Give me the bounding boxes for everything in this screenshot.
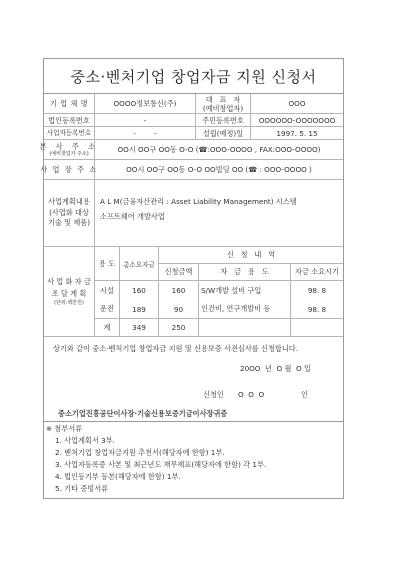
company-name-value: OOOO정보통신(주) bbox=[95, 94, 196, 113]
biz-reg-label: 사업자등록번호 bbox=[44, 127, 95, 139]
header-application: 신 청 내 역 bbox=[159, 247, 343, 264]
attachment-item: 5. 기타 증빙서류 bbox=[55, 484, 108, 494]
funding-label-unit: (단위:백만원) bbox=[54, 299, 84, 307]
funding-label-line2: 조 달 계 획 bbox=[52, 288, 87, 300]
attachment-item: 1. 사업계획서 3부. bbox=[55, 436, 115, 446]
declaration-section: 상기와 같이 중소·벤처기업 창업자금 지원 및 신용보증 사전심사를 신청합니… bbox=[44, 337, 343, 422]
row1-use: 시설 bbox=[95, 281, 120, 300]
funding-plan-section: 사 업 화 자 금 조 달 계 획 (단위:백만원) 용 도 총소요자금 신 청… bbox=[44, 247, 343, 337]
business-plan-line1: A L M(금융자산관리 : Asset Liability Managemen… bbox=[100, 194, 297, 209]
row2-amount: 90 bbox=[159, 300, 199, 319]
declaration-statement: 상기와 같이 중소·벤처기업 창업자금 지원 및 신용보증 사전심사를 신청합니… bbox=[53, 344, 298, 354]
founded-label: 설립(예정)일 bbox=[196, 127, 251, 139]
funding-label-line1: 사 업 화 자 금 bbox=[47, 276, 91, 288]
row-hq-address: 본 사 주 소 (예비창업자 주소) OO시 OO구 OO동 O-O (☎:OO… bbox=[44, 140, 343, 160]
row-company-name: 기 업 체 명 OOOO정보통신(주) 대 표 자 (예비창업자) OOO bbox=[44, 94, 343, 114]
header-total: 총소요자금 bbox=[120, 247, 159, 281]
applicant-label: 신청인 bbox=[203, 390, 224, 400]
attachment-item: 2. 벤처기업 창업자금지원 추천서(해당자에 한함) 1부. bbox=[55, 448, 225, 458]
addressee: 중소기업진흥공단이사장·기술신용보증기금이사장귀중 bbox=[58, 409, 227, 419]
row1-total: 160 bbox=[120, 281, 159, 300]
resident-reg-label: 주민등록번호 bbox=[196, 114, 251, 126]
sum-purpose bbox=[199, 319, 291, 336]
funding-plan-label: 사 업 화 자 금 조 달 계 획 (단위:백만원) bbox=[44, 247, 95, 336]
corp-reg-value: - bbox=[95, 114, 196, 126]
sum-timing bbox=[291, 319, 343, 336]
applicant-name: O O O bbox=[238, 390, 264, 399]
row1-amount: 160 bbox=[159, 281, 199, 300]
representative-label-line1: 대 표 자 bbox=[206, 95, 241, 104]
row-registration: 법인등록번호 - 주민등록번호 OOOOOO-OOOOOOO bbox=[44, 114, 343, 127]
row1-timing: 98. 8 bbox=[291, 281, 343, 300]
header-use: 용 도 bbox=[95, 247, 120, 281]
form-title: 중소·벤처기업 창업자금 지원 신청서 bbox=[44, 59, 343, 94]
row-site-address: 사 업 장 주 소 OO시 OO구 OO동 O-O OO빌딩 OO (☎ : O… bbox=[44, 160, 343, 180]
hq-address-label: 본 사 주 소 (예비창업자 주소) bbox=[44, 140, 95, 159]
row1-purpose: S/W개발 설비 구입 bbox=[199, 281, 291, 300]
representative-label: 대 표 자 (예비창업자) bbox=[196, 94, 251, 113]
business-plan-label-line2: (사업화 대상 bbox=[49, 208, 89, 219]
business-plan-label-line1: 사업계획내용 bbox=[48, 197, 90, 208]
business-plan-content: A L M(금융자산관리 : Asset Liability Managemen… bbox=[95, 180, 343, 246]
row-business-plan: 사업계획내용 (사업화 대상 기술 및 제품) A L M(금융자산관리 : A… bbox=[44, 180, 343, 247]
row-business-reg: 사업자등록번호 - - 설립(예정)일 1997. 5. 15 bbox=[44, 127, 343, 140]
founded-value: 1997. 5. 15 bbox=[251, 127, 343, 139]
funding-table: 용 도 총소요자금 신 청 내 역 신청금액 자 금 용 도 자금 소요시기 시… bbox=[95, 247, 343, 336]
company-name-label: 기 업 체 명 bbox=[44, 94, 95, 113]
business-plan-label: 사업계획내용 (사업화 대상 기술 및 제품) bbox=[44, 180, 95, 246]
header-purpose: 자 금 용 도 bbox=[199, 264, 291, 281]
attachments-heading: ※ 첨부서류 bbox=[46, 424, 82, 434]
row2-purpose: 인건비, 연구개발비 등 bbox=[199, 300, 291, 319]
attachments-section: ※ 첨부서류 1. 사업계획서 3부. 2. 벤처기업 창업자금지원 추천서(해… bbox=[44, 422, 343, 498]
resident-reg-value: OOOOOO-OOOOOOO bbox=[251, 114, 343, 126]
corp-reg-label: 법인등록번호 bbox=[44, 114, 95, 126]
hq-address-label-line1: 본 사 주 소 bbox=[39, 142, 98, 151]
site-address-value: OO시 OO구 OO동 O-O OO빌딩 OO (☎ : OOO-OOOO ) bbox=[95, 160, 343, 179]
business-plan-line2: 소프트웨어 개발사업 bbox=[100, 209, 165, 224]
attachment-item: 4. 법인등기부 등본(해당자에 한함) 1부. bbox=[55, 472, 181, 482]
representative-value: OOO bbox=[251, 94, 343, 113]
sum-total: 349 bbox=[120, 319, 159, 336]
application-form: 중소·벤처기업 창업자금 지원 신청서 기 업 체 명 OOOO정보통신(주) … bbox=[43, 58, 344, 499]
representative-label-line2: (예비창업자) bbox=[203, 104, 243, 113]
header-timing: 자금 소요시기 bbox=[291, 264, 343, 281]
seal-mark: 인 bbox=[301, 390, 308, 400]
row2-use: 운전 bbox=[95, 300, 120, 319]
hq-address-label-line2: (예비창업자 주소) bbox=[49, 151, 88, 157]
biz-reg-value: - - bbox=[95, 127, 196, 139]
hq-address-value: OO시 OO구 OO동 O-O (☎:OOO-OOOO , FAX:OOO-OO… bbox=[95, 140, 343, 159]
business-plan-label-line3: 기술 및 제품) bbox=[48, 218, 90, 229]
sum-use: 계 bbox=[95, 319, 120, 336]
declaration-date: 20OO 년 O 월 O 일 bbox=[240, 364, 311, 374]
row2-timing: 98. 8 bbox=[291, 300, 343, 319]
attachment-item: 3. 사업자등록증 사본 및 최근년도 재무제표(해당자에 한함) 각 1부. bbox=[55, 460, 266, 470]
site-address-label: 사 업 장 주 소 bbox=[44, 160, 95, 179]
header-amount: 신청금액 bbox=[159, 264, 199, 281]
row2-total: 189 bbox=[120, 300, 159, 319]
sum-amount: 250 bbox=[159, 319, 199, 336]
